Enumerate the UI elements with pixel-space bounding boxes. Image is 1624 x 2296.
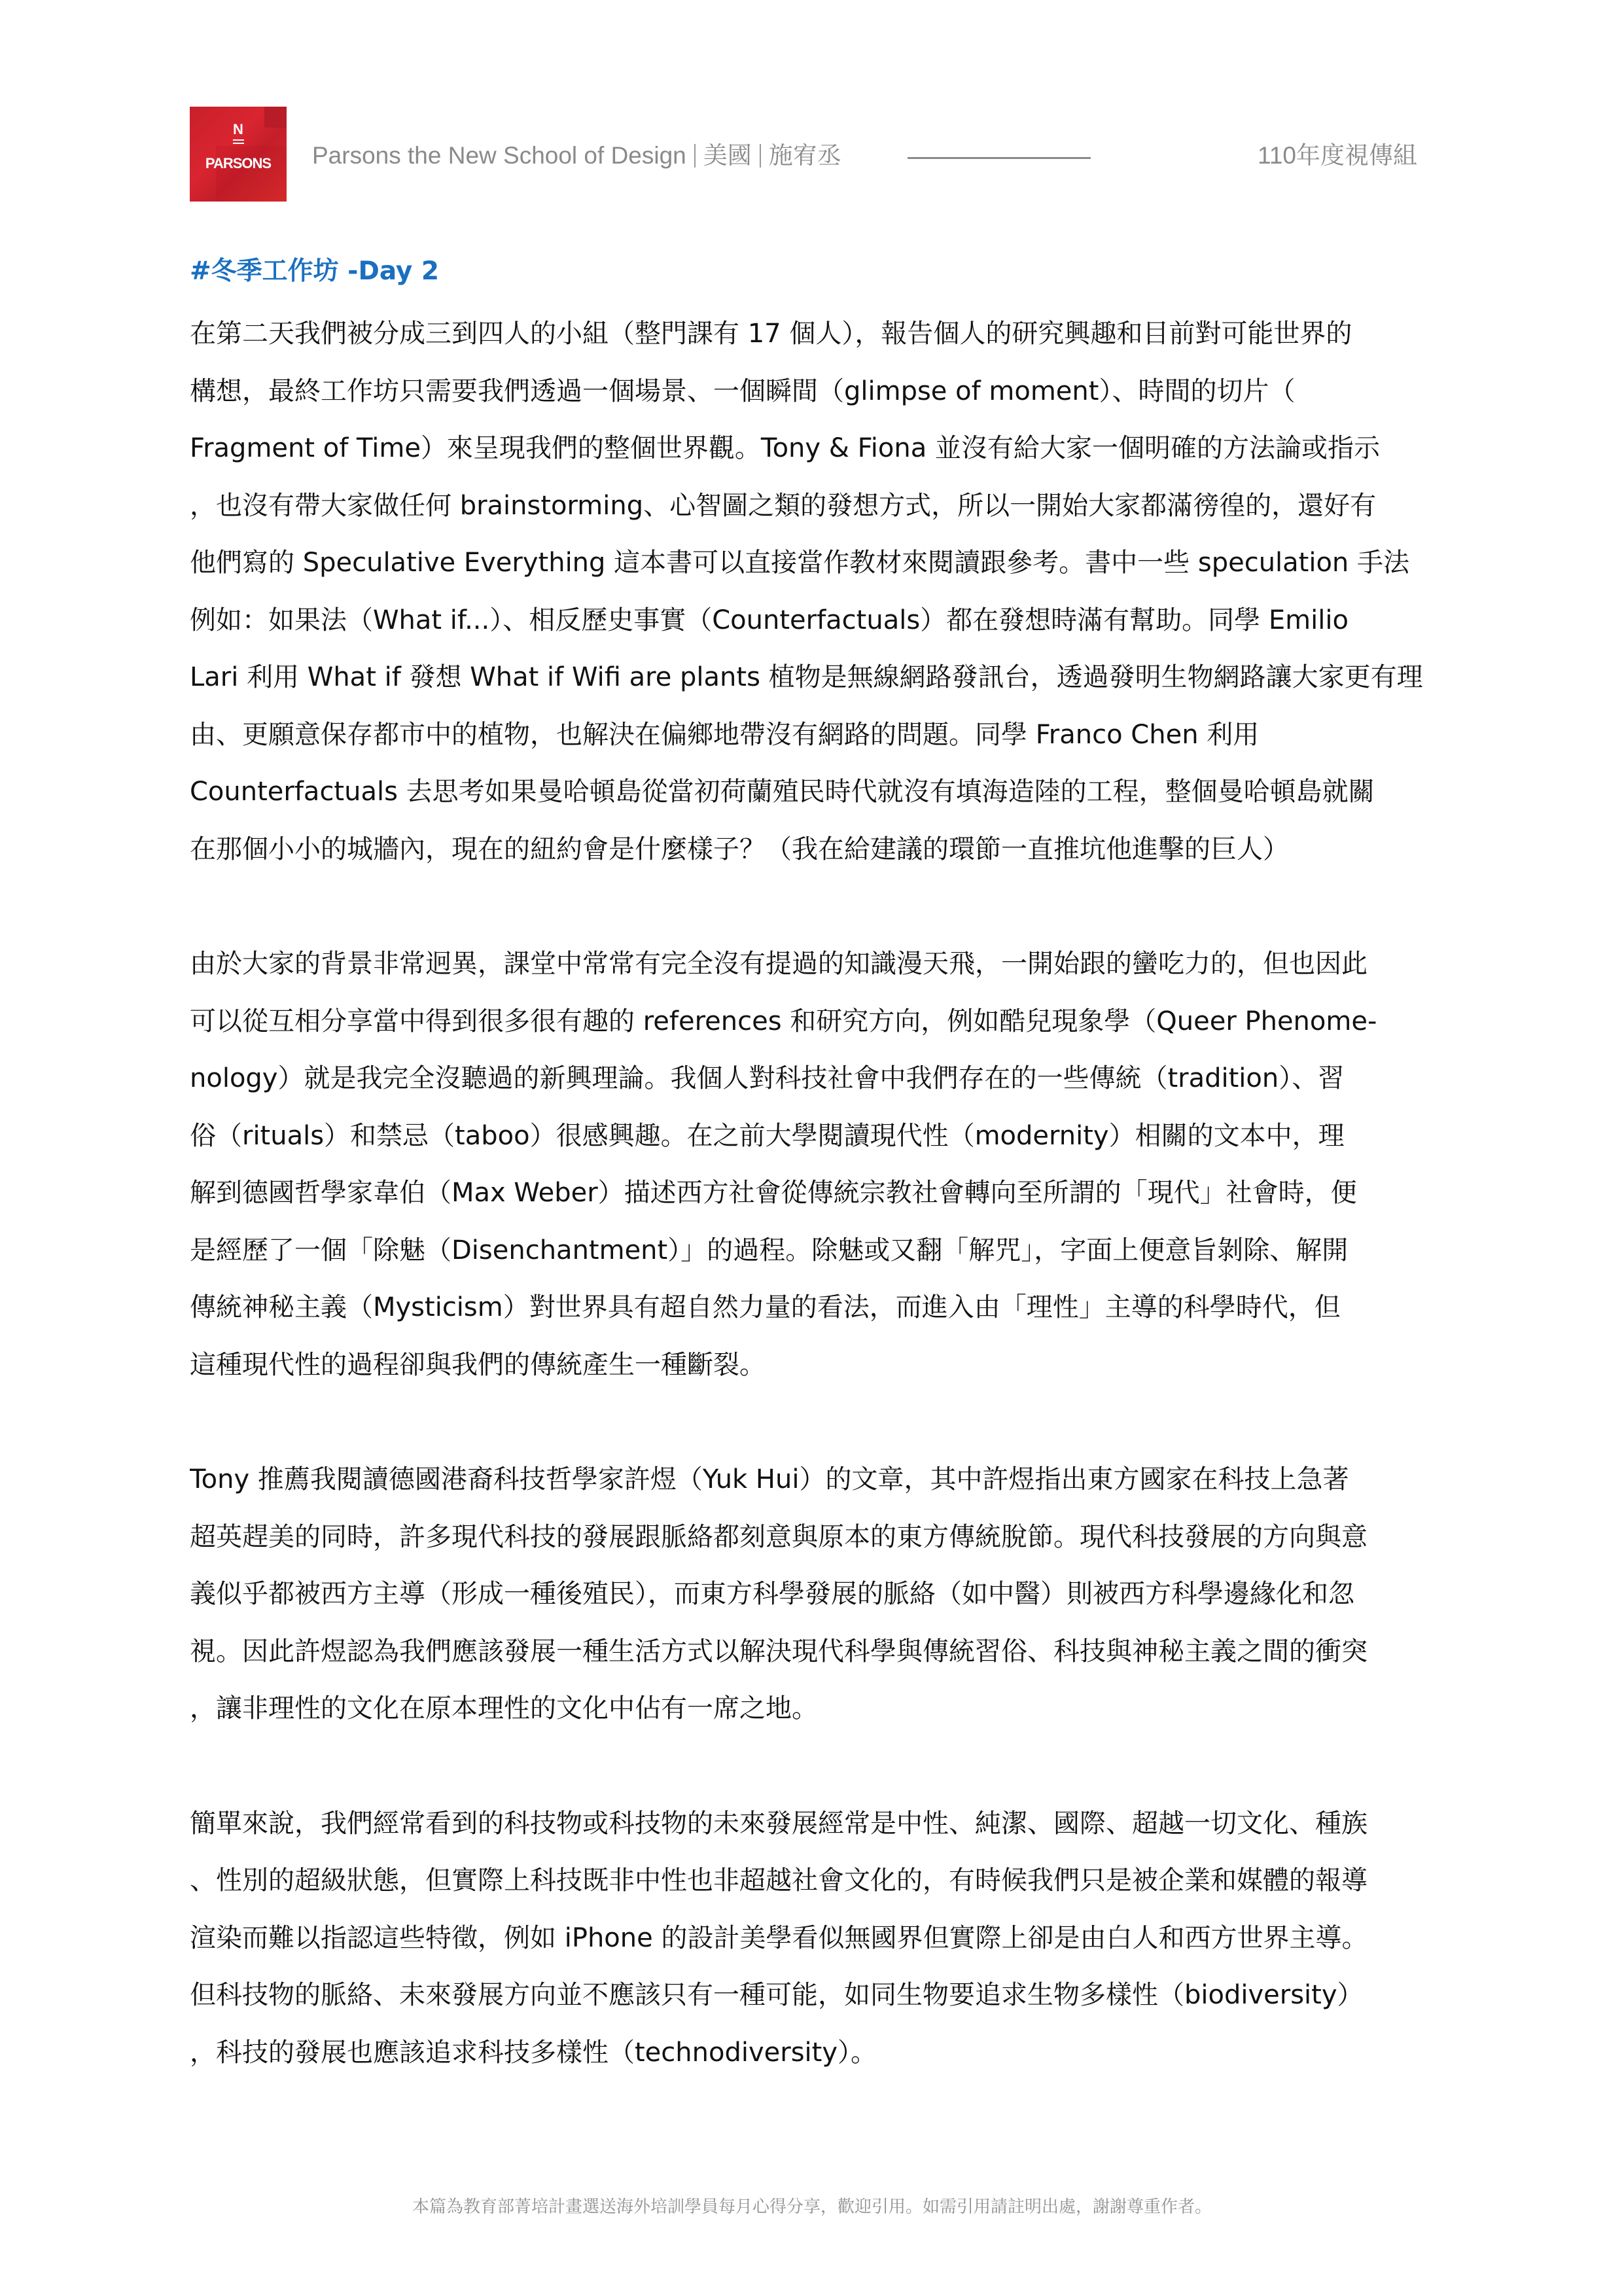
header-rule (908, 157, 1091, 159)
text-line: 是經歷了一個「除魅（Disenchantment）」的過程。除魅或又翻「解咒」，… (190, 1222, 1439, 1280)
text-line: 視。因此許煜認為我們應該發展一種生活方式以解決現代科學與傳統習俗、科技與神秘主義… (190, 1623, 1439, 1681)
text-line: 這種現代性的過程卻與我們的傳統產生一種斷裂。 (190, 1337, 1439, 1394)
section-title: #冬季工作坊 -Day 2 (190, 252, 1439, 291)
paragraph-2: 由於大家的背景非常迥異，課堂中常常有完全沒有提過的知識漫天飛，一開始跟的蠻吃力的… (190, 936, 1439, 1394)
text-line: 傳統神秘主義（Mysticism）對世界具有超自然力量的看法，而進入由「理性」主… (190, 1279, 1439, 1337)
program-label: 110年度視傳組 (1258, 135, 1417, 171)
text-line: Counterfactuals 去思考如果曼哈頓島從當初荷蘭殖民時代就沒有填海造… (190, 764, 1439, 821)
text-line: 解到德國哲學家韋伯（Max Weber）描述西方社會從傳統宗教社會轉向至所謂的「… (190, 1165, 1439, 1222)
school-name: Parsons the New School of Design (312, 142, 686, 169)
text-line: ，科技的發展也應該追求科技多樣性（technodiversity）。 (190, 2024, 1439, 2082)
text-line: 例如：如果法（What if...）、相反歷史事實（Counterfactual… (190, 592, 1439, 650)
text-line: 義似乎都被西方主導（形成一種後殖民），而東方科學發展的脈絡（如中醫）則被西方科學… (190, 1566, 1439, 1623)
logo-facet (216, 146, 287, 202)
text-line: Tony 推薦我閱讀德國港裔科技哲學家許煜（Yuk Hui）的文章，其中許煜指出… (190, 1451, 1439, 1509)
separator (694, 144, 696, 168)
header-title: Parsons the New School of Design美國施宥丞 (312, 135, 841, 171)
paragraph-4: 簡單來說，我們經常看到的科技物或科技物的未來發展經常是中性、純潔、國際、超越一切… (190, 1795, 1439, 2082)
text-line: 他們寫的 Speculative Everything 這本書可以直接當作教材來… (190, 535, 1439, 592)
text-line: 由於大家的背景非常迥異，課堂中常常有完全沒有提過的知識漫天飛，一開始跟的蠻吃力的… (190, 936, 1439, 993)
text-line: nology）就是我完全沒聽過的新興理論。我個人對科技社會中我們存在的一些傳統（… (190, 1050, 1439, 1108)
page-header: N PARSONS Parsons the New School of Desi… (190, 107, 1433, 202)
text-line: 簡單來說，我們經常看到的科技物或科技物的未來發展經常是中性、純潔、國際、超越一切… (190, 1795, 1439, 1853)
separator (760, 144, 761, 168)
text-line: 可以從互相分享當中得到很多很有趣的 references 和研究方向，例如酷兒現… (190, 993, 1439, 1051)
text-line: 構想，最終工作坊只需要我們透過一個場景、一個瞬間（glimpse of mome… (190, 363, 1439, 421)
text-line: 俗（rituals）和禁忌（taboo）很感興趣。在之前大學閱讀現代性（mode… (190, 1108, 1439, 1165)
article-body: #冬季工作坊 -Day 2 在第二天我們被分成三到四人的小組（整門課有 17 個… (190, 252, 1439, 2081)
paragraph-1: 在第二天我們被分成三到四人的小組（整門課有 17 個人），報告個人的研究興趣和目… (190, 306, 1439, 878)
text-line: 在第二天我們被分成三到四人的小組（整門課有 17 個人），報告個人的研究興趣和目… (190, 306, 1439, 363)
logo-n-lines-icon (233, 139, 244, 144)
text-line: 、性別的超級狀態，但實際上科技既非中性也非超越社會文化的，有時候我們只是被企業和… (190, 1852, 1439, 1910)
text-line: Fragment of Time）來呈現我們的整個世界觀。Tony & Fion… (190, 420, 1439, 478)
text-line: 但科技物的脈絡、未來發展方向並不應該只有一種可能，如同生物要追求生物多樣性（bi… (190, 1967, 1439, 2024)
text-line: Lari 利用 What if 發想 What if Wifi are plan… (190, 649, 1439, 707)
author-name: 施宥丞 (769, 142, 841, 169)
text-line: ，讓非理性的文化在原本理性的文化中佔有一席之地。 (190, 1680, 1439, 1738)
logo-wordmark: PARSONS (190, 155, 287, 172)
text-line: 由、更願意保存都市中的植物，也解決在偏鄉地帶沒有網路的問題。同學 Franco … (190, 707, 1439, 764)
text-line: ，也沒有帶大家做任何 brainstorming、心智圖之類的發想方式，所以一開… (190, 478, 1439, 535)
country: 美國 (703, 142, 752, 169)
footer-note: 本篇為教育部菁培計畫選送海外培訓學員每月心得分享，歡迎引用。如需引用請註明出處，… (0, 2193, 1624, 2217)
text-line: 在那個小小的城牆內，現在的紐約會是什麼樣子？（我在給建議的環節一直推坑他進擊的巨… (190, 821, 1439, 879)
text-line: 渲染而難以指認這些特徵，例如 iPhone 的設計美學看似無國界但實際上卻是由白… (190, 1910, 1439, 1968)
parsons-logo: N PARSONS (190, 107, 287, 202)
text-line: 超英趕美的同時，許多現代科技的發展跟脈絡都刻意與原本的東方傳統脫節。現代科技發展… (190, 1509, 1439, 1566)
paragraph-3: Tony 推薦我閱讀德國港裔科技哲學家許煜（Yuk Hui）的文章，其中許煜指出… (190, 1451, 1439, 1738)
logo-n-mark: N (190, 122, 287, 137)
